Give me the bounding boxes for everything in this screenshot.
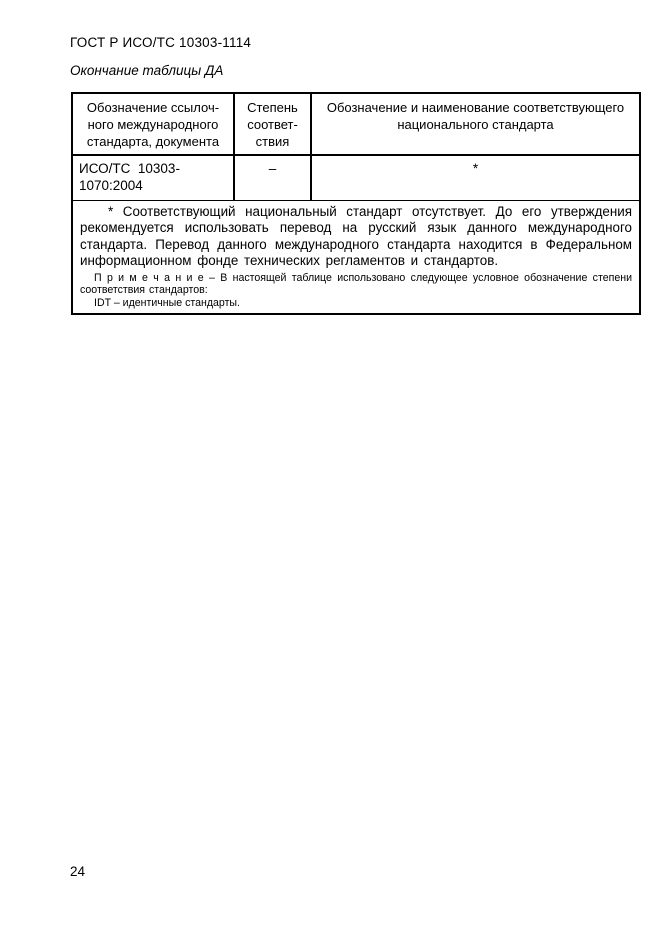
cell-reference-standard: ИСО/ТС 10303- 1070:2004 <box>72 155 234 200</box>
footnote-note-paragraph: П р и м е ч а н и е – В настоящей таблиц… <box>80 272 632 297</box>
table-header-row: Обозначение ссылоч- ного международного … <box>72 93 640 155</box>
column-header-national-standard: Обозначение и наименование соответствующ… <box>311 93 640 155</box>
page-number: 24 <box>70 864 85 879</box>
table-caption: Окончание таблицы ДА <box>70 63 223 78</box>
table-footnote-row: * Соответствующий национальный стандарт … <box>72 200 640 314</box>
document-header: ГОСТ Р ИСО/ТС 10303-1114 <box>70 35 251 50</box>
column-header-degree-of-correspondence: Степень соответ- ствия <box>234 93 311 155</box>
footnote-asterisk-paragraph: * Соответствующий национальный стандарт … <box>80 204 632 270</box>
cell-degree-of-correspondence: – <box>234 155 311 200</box>
table-row: ИСО/ТС 10303- 1070:2004 – * <box>72 155 640 200</box>
standards-correspondence-table: Обозначение ссылоч- ного международного … <box>71 92 641 315</box>
document-page: ГОСТ Р ИСО/ТС 10303-1114 Окончание табли… <box>0 0 661 935</box>
footnote-cell: * Соответствующий национальный стандарт … <box>72 200 640 314</box>
footnote-note-item: IDT – идентичные стандарты. <box>80 297 632 310</box>
cell-national-standard: * <box>311 155 640 200</box>
column-header-reference-standard: Обозначение ссылоч- ного международного … <box>72 93 234 155</box>
